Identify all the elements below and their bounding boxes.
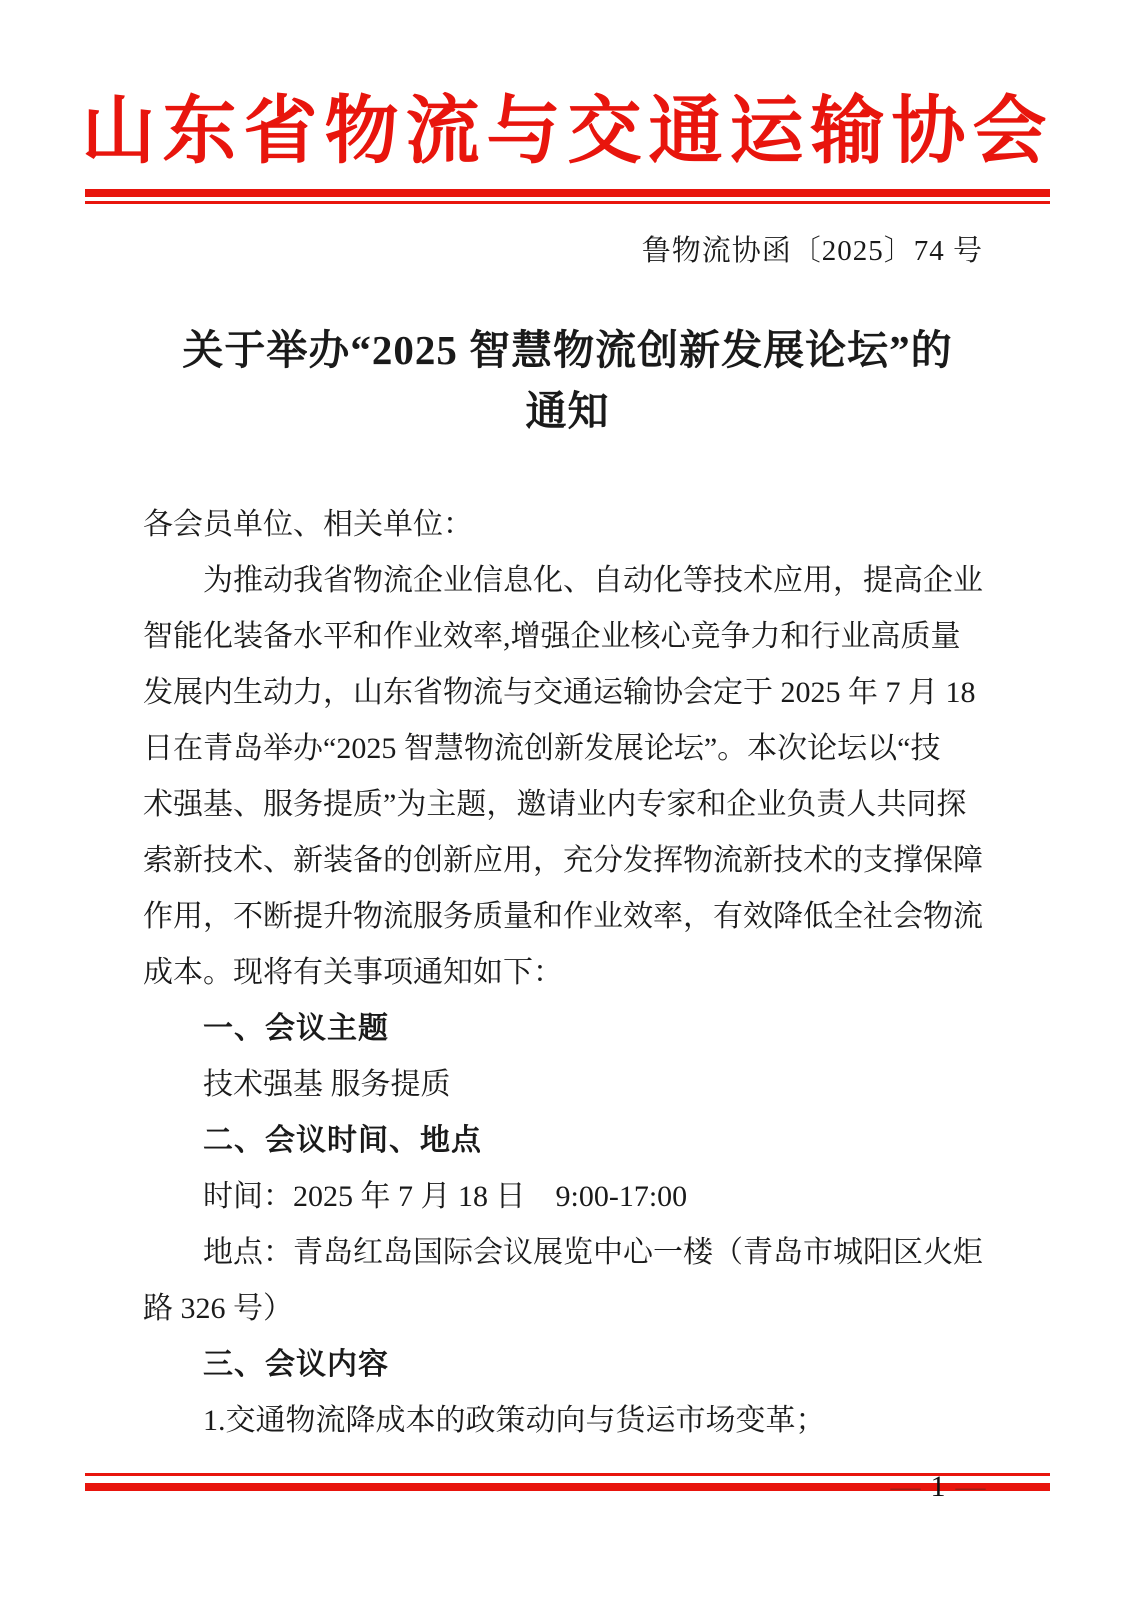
body-line-theme: 技术强基 服务提质 bbox=[143, 1057, 999, 1113]
body-line-agenda-1: 1.交通物流降成本的政策动向与货运市场变革； bbox=[143, 1393, 999, 1449]
body-line: 为推动我省物流企业信息化、自动化等技术应用，提高企业 bbox=[143, 553, 999, 609]
section-heading-2: 二、会议时间、地点 bbox=[143, 1113, 999, 1169]
section-heading-3: 三、会议内容 bbox=[143, 1337, 999, 1393]
body-line: 术强基、服务提质”为主题，邀请业内专家和企业负责人共同探 bbox=[143, 777, 999, 833]
page-number: —1— bbox=[878, 1468, 998, 1506]
body-line-location-2: 路 326 号） bbox=[143, 1281, 999, 1337]
header-rule-thin bbox=[85, 201, 1050, 204]
document-number: 鲁物流协函〔2025〕74 号 bbox=[642, 228, 983, 269]
notice-title: 关于举办“2025 智慧物流创新发展论坛”的 通知 bbox=[0, 320, 1135, 442]
page-number-dash-right: — bbox=[956, 1470, 986, 1503]
body-line: 索新技术、新装备的创新应用，充分发挥物流新技术的支撑保障 bbox=[143, 833, 999, 889]
body-line-location: 地点：青岛红岛国际会议展览中心一楼（青岛市城阳区火炬 bbox=[143, 1225, 999, 1281]
body-line: 日在青岛举办“2025 智慧物流创新发展论坛”。本次论坛以“技 bbox=[143, 721, 999, 777]
page-number-dash-left: — bbox=[891, 1470, 921, 1503]
notice-title-line2: 通知 bbox=[0, 381, 1135, 442]
notice-title-line1: 关于举办“2025 智慧物流创新发展论坛”的 bbox=[0, 320, 1135, 381]
org-title: 山东省物流与交通运输协会 bbox=[0, 72, 1135, 178]
notice-body: 各会员单位、相关单位： 为推动我省物流企业信息化、自动化等技术应用，提高企业 智… bbox=[143, 497, 999, 1449]
body-line: 智能化装备水平和作业效率,增强企业核心竞争力和行业高质量 bbox=[143, 609, 999, 665]
header-rule-thick bbox=[85, 189, 1050, 197]
body-line: 发展内生动力，山东省物流与交通运输协会定于 2025 年 7 月 18 bbox=[143, 665, 999, 721]
section-heading-1: 一、会议主题 bbox=[143, 1001, 999, 1057]
body-line: 成本。现将有关事项通知如下： bbox=[143, 945, 999, 1001]
body-line-time: 时间：2025 年 7 月 18 日 9:00-17:00 bbox=[143, 1169, 999, 1225]
body-line: 作用，不断提升物流服务质量和作业效率，有效降低全社会物流 bbox=[143, 889, 999, 945]
page-number-value: 1 bbox=[921, 1470, 956, 1503]
document-page: 山东省物流与交通运输协会 鲁物流协函〔2025〕74 号 关于举办“2025 智… bbox=[0, 0, 1135, 1600]
body-line-salutation: 各会员单位、相关单位： bbox=[143, 497, 999, 553]
